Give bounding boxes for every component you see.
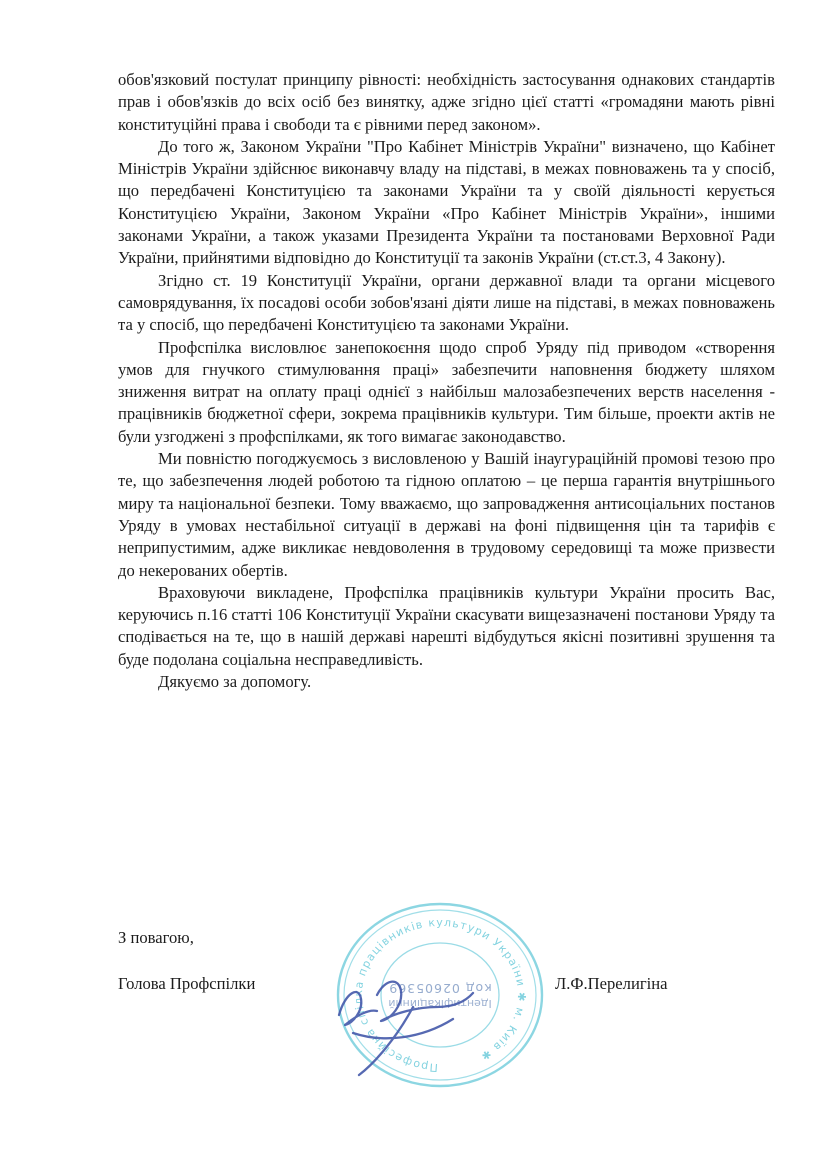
signer-title: Голова Профспілки	[118, 974, 255, 994]
letter-body: обов'язковий постулат принципу рівності:…	[118, 69, 775, 693]
signature-stroke-2	[377, 982, 473, 1021]
signer-name: Л.Ф.Перелигіна	[555, 974, 668, 994]
paragraph: обов'язковий постулат принципу рівності:…	[118, 69, 775, 136]
paragraph: Ми повністю погоджуємось з висловленою у…	[118, 448, 775, 582]
paragraph: Дякуємо за допомогу.	[118, 671, 775, 693]
signature-stroke-1	[339, 992, 377, 1025]
signature-stroke-4	[353, 1019, 453, 1038]
signature-strokes	[339, 982, 473, 1075]
handwritten-signature	[325, 955, 505, 1090]
closing-salutation: З повагою,	[118, 928, 194, 948]
paragraph: Згідно ст. 19 Конституції України, орган…	[118, 270, 775, 337]
document-page: обов'язковий постулат принципу рівності:…	[0, 0, 827, 1169]
paragraph: Профспілка висловлює занепокоєння щодо с…	[118, 337, 775, 448]
paragraph: Враховуючи викладене, Профспілка працівн…	[118, 582, 775, 671]
paragraph: До того ж, Законом України "Про Кабінет …	[118, 136, 775, 270]
